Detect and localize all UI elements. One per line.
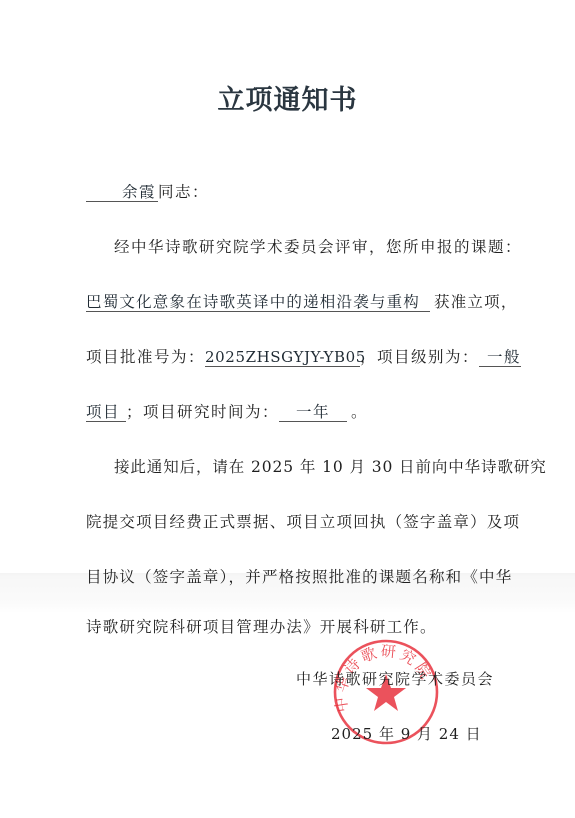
notice-page: 立项通知书 余霞同志： 经中华诗歌研究院学术委员会评审，您所申报的课题： 巴蜀文… — [0, 0, 575, 818]
paragraph2-line4: 诗歌研究院科研项目管理办法》开展科研工作。 — [86, 615, 437, 637]
research-duration: 一年 — [279, 404, 347, 422]
paragraph1-line2: 巴蜀文化意象在诗歌英译中的递相沿袭与重构获准立项， — [86, 290, 518, 312]
level-label: ，项目级别为： — [360, 348, 479, 366]
approved-text: 获准立项， — [434, 293, 518, 311]
paragraph1-line3: 项目批准号为：2025ZHSGYJY-YB05，项目级别为：一般 — [86, 345, 521, 367]
project-level-part1: 一般 — [479, 349, 521, 367]
issue-date: 2025 年 9 月 24 日 — [331, 723, 482, 744]
project-title: 巴蜀文化意象在诗歌英译中的递相沿袭与重构 — [86, 294, 430, 312]
recipient-name: 余霞 — [86, 184, 158, 202]
paragraph1-line4: 项目；项目研究时间为：一年。 — [86, 400, 368, 422]
document-title: 立项通知书 — [0, 78, 575, 117]
paragraph2-line1: 接此通知后，请在 2025 年 10 月 30 日前向中华诗歌研究 — [114, 455, 547, 477]
approval-number: 2025ZHSGYJY-YB05 — [205, 349, 360, 367]
paragraph2-line2: 院提交项目经费正式票据、项目立项回执（签字盖章）及项 — [86, 510, 520, 532]
paragraph2-line3: 目协议（签字盖章），并严格按照批准的课题名称和《中华 — [86, 565, 512, 587]
salutation-line: 余霞同志： — [86, 180, 209, 202]
issuing-organization: 中华诗歌研究院学术委员会 — [296, 668, 494, 689]
approval-no-label: 项目批准号为： — [86, 348, 205, 366]
project-level-part2: 项目 — [86, 404, 126, 422]
duration-label: ；项目研究时间为： — [126, 403, 279, 421]
paragraph1-line1: 经中华诗歌研究院学术委员会评审，您所申报的课题： — [114, 235, 522, 257]
period-mark: 。 — [351, 403, 368, 421]
salutation-suffix: 同志： — [158, 183, 209, 201]
